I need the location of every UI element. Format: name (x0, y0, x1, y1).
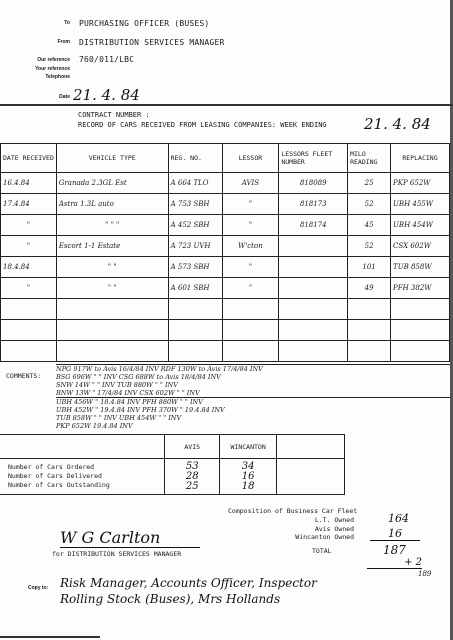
cell-milo: 52 (348, 236, 391, 257)
week-ending-date: 21. 4. 84 (364, 115, 431, 133)
cell-vehicle: " " (56, 278, 168, 299)
col-date-received: DATE RECEIVED (1, 144, 57, 173)
cell-replacing: PKP 652W (391, 173, 450, 194)
cell-lessor: " (222, 215, 279, 236)
comment-line: SNW 14W " " INV TUB 880W " " INV (56, 381, 450, 389)
avis-owned-label: Avis Owned (260, 525, 354, 534)
col-milo-reading: MILO READING (348, 144, 391, 173)
fleet-labels: L.T. Owned Avis Owned Wincanton Owned (260, 516, 354, 542)
outstanding-label: Number of Cars Outstanding (8, 481, 156, 490)
cell-replacing: UBH 455W (391, 194, 450, 215)
cell-lessor: AVIS (222, 173, 279, 194)
header-divider (0, 104, 453, 106)
cell-lessor: W'cton (222, 236, 279, 257)
table-row-empty (1, 320, 450, 341)
lt-owned-label: L.T. Owned (260, 516, 354, 525)
cell-reg: A 601 SBH (168, 278, 222, 299)
table-row-empty (1, 299, 450, 320)
memo-date: 21. 4. 84 (73, 86, 140, 104)
to-value: PURCHASING OFFICER (BUSES) (79, 19, 209, 28)
signature-for-label: for DISTRIBUTION SERVICES MANAGER (52, 550, 181, 558)
fleet-plus-value: + 2 (367, 557, 422, 569)
cell-replacing: TUB 858W (391, 257, 450, 278)
comment-line: UBH 452W " 19.4.84 INV PFH 370W " 19.4.8… (56, 406, 450, 414)
to-label: To (30, 20, 70, 26)
cell-reg: A 573 SBH (168, 257, 222, 278)
table-row: " Escort 1-1 Estate A 723 UVH W'cton 52 … (1, 236, 450, 257)
table-header-row: DATE RECEIVED VEHICLE TYPE REG. NO. LESS… (1, 144, 450, 173)
cell-date: 18.4.84 (1, 257, 57, 278)
contract-number-label: CONTRACT NUMBER : (78, 111, 150, 119)
telephone-label: Telephone (20, 74, 70, 80)
ordered-label: Number of Cars Ordered (8, 463, 156, 472)
copy-to-label: Copy to: (28, 585, 48, 591)
col-lessors-fleet-number: LESSORS FLEET NUMBER (279, 144, 348, 173)
cell-replacing: UBH 454W (391, 215, 450, 236)
comment-line: PKP 652W 19.4.84 INV (56, 422, 450, 430)
signature: W G Carlton (60, 528, 200, 548)
cell-fleet: 818173 (279, 194, 348, 215)
cell-lessor: " (222, 278, 279, 299)
cell-milo: 45 (348, 215, 391, 236)
cell-fleet (279, 257, 348, 278)
cell-milo: 52 (348, 194, 391, 215)
cell-vehicle: Escort 1-1 Estate (56, 236, 168, 257)
comments-label: COMMENTS: (6, 372, 41, 380)
wincanton-delivered: 16 (223, 472, 273, 482)
bottom-edge (0, 636, 100, 638)
cell-vehicle: Astra 1.3L auto (56, 194, 168, 215)
wincanton-owned-value: 16 (370, 527, 420, 541)
comment-line: NPG 917W to Avis 16/4/84 INV RDF 130W to… (56, 365, 450, 373)
avis-outstanding: 25 (168, 482, 216, 492)
cell-lessor: " (222, 257, 279, 278)
total-label: TOTAL (312, 547, 332, 555)
summary-header-row: AVIS WINCANTON (0, 435, 345, 459)
comments-block: NPG 917W to Avis 16/4/84 INV RDF 130W to… (56, 364, 450, 430)
table-row-empty (1, 341, 450, 362)
cell-fleet (279, 278, 348, 299)
cell-date: " (1, 236, 57, 257)
wincanton-ordered: 34 (223, 462, 273, 472)
our-reference-value: 760/011/LBC (79, 55, 134, 64)
fleet-grand-total: 189 (418, 570, 431, 578)
avis-owned-value: 164 (388, 512, 409, 525)
cell-replacing: PFH 382W (391, 278, 450, 299)
avis-delivered: 28 (168, 472, 216, 482)
cell-fleet: 818089 (279, 173, 348, 194)
table-row: " " " A 601 SBH " 49 PFH 382W (1, 278, 450, 299)
col-replacing: REPLACING (391, 144, 450, 173)
cars-received-table: DATE RECEIVED VEHICLE TYPE REG. NO. LESS… (0, 143, 450, 362)
avis-ordered: 53 (168, 462, 216, 472)
cell-lessor: " (222, 194, 279, 215)
table-row: 16.4.84 Granada 2.3GL Est A 664 TLO AVIS… (1, 173, 450, 194)
cell-vehicle: " " " (56, 215, 168, 236)
delivered-label: Number of Cars Delivered (8, 472, 156, 481)
summary-col-avis: AVIS (165, 435, 220, 459)
from-value: DISTRIBUTION SERVICES MANAGER (79, 38, 224, 47)
fleet-title: Composition of Business Car Fleet (228, 507, 357, 515)
table-row: 18.4.84 " " A 573 SBH " 101 TUB 858W (1, 257, 450, 278)
wincanton-outstanding: 18 (223, 482, 273, 492)
table-row: 17.4.84 Astra 1.3L auto A 753 SBH " 8181… (1, 194, 450, 215)
comment-line: UBH 456W " 18.4.84 INV PFH 880W " " INV (56, 398, 450, 406)
col-vehicle-type: VEHICLE TYPE (56, 144, 168, 173)
comment-line: BSG 696W " " INV CSG 688W to Avis 18/4/8… (56, 373, 450, 381)
cell-date: " (1, 215, 57, 236)
cell-vehicle: Granada 2.3GL Est (56, 173, 168, 194)
cell-fleet (279, 236, 348, 257)
our-reference-label: Our reference (20, 57, 70, 63)
fleet-total-value: 187 (383, 543, 406, 557)
copy-to-line-1: Risk Manager, Accounts Officer, Inspecto… (60, 576, 317, 590)
date-label: Date (30, 94, 70, 100)
from-label: From (30, 39, 70, 45)
cell-reg: A 753 SBH (168, 194, 222, 215)
comment-line: BNW 13W " 17/4/84 INV CSX 602W " " INV (56, 389, 450, 398)
cell-fleet: 818174 (279, 215, 348, 236)
table-row: " " " " A 452 SBH " 818174 45 UBH 454W (1, 215, 450, 236)
cell-vehicle: " " (56, 257, 168, 278)
copy-to-line-2: Rolling Stock (Buses), Mrs Hollands (60, 592, 280, 606)
cell-date: " (1, 278, 57, 299)
wincanton-owned-label: Wincanton Owned (260, 533, 354, 542)
cell-milo: 25 (348, 173, 391, 194)
cell-reg: A 452 SBH (168, 215, 222, 236)
cell-reg: A 664 TLO (168, 173, 222, 194)
cars-summary-table: AVIS WINCANTON Number of Cars Ordered Nu… (0, 434, 345, 495)
cell-date: 16.4.84 (1, 173, 57, 194)
summary-col-wincanton: WINCANTON (220, 435, 277, 459)
comment-line: TUB 858W " " INV UBH 454W " " INV (56, 414, 450, 422)
cell-replacing: CSX 602W (391, 236, 450, 257)
summary-body: Number of Cars Ordered Number of Cars De… (0, 459, 345, 495)
cell-reg: A 723 UVH (168, 236, 222, 257)
cell-date: 17.4.84 (1, 194, 57, 215)
col-lessor: LESSOR (222, 144, 279, 173)
col-reg-no: REG. NO. (168, 144, 222, 173)
your-reference-label: Your reference (20, 66, 70, 72)
cell-milo: 49 (348, 278, 391, 299)
record-title: RECORD OF CARS RECEIVED FROM LEASING COM… (78, 121, 327, 129)
cell-milo: 101 (348, 257, 391, 278)
